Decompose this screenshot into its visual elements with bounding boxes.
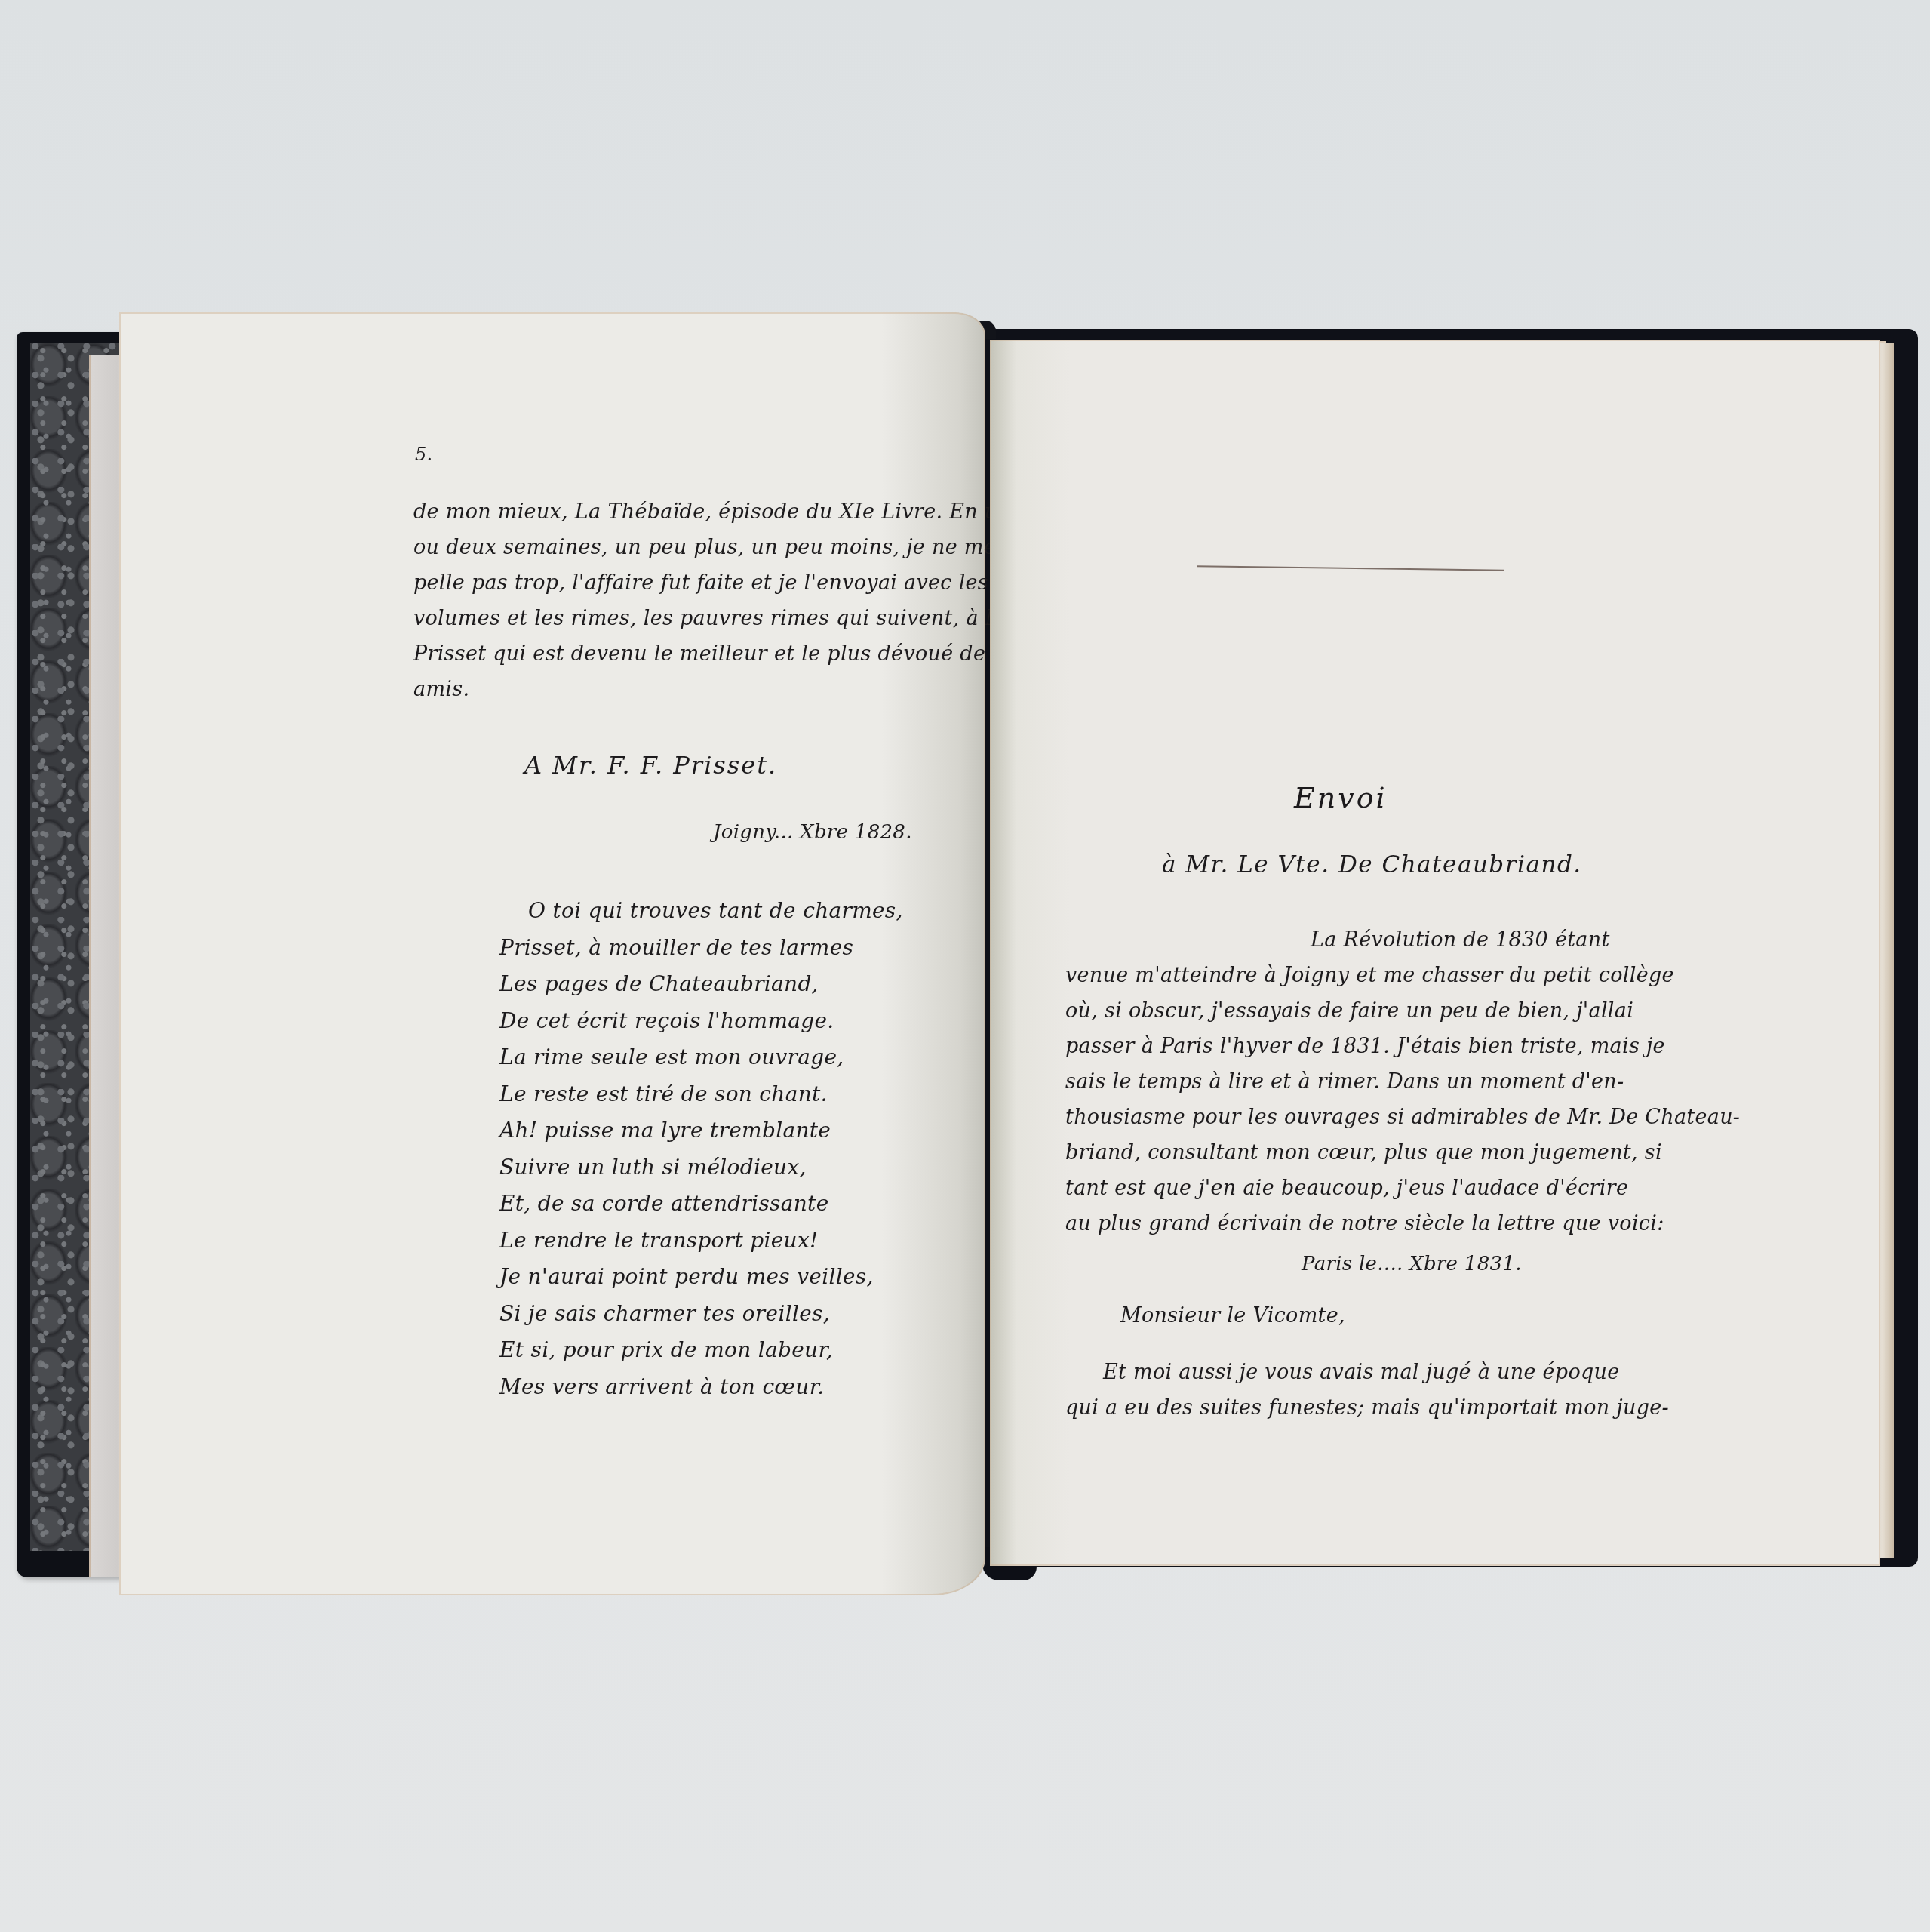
letter-line: Et moi aussi je vous avais mal jugé à un… bbox=[1065, 1355, 1669, 1390]
poem-dedication: A Mr. F. F. Prisset. bbox=[524, 751, 777, 780]
prose-line: passer à Paris l'hyver de 1831. J'étais … bbox=[1065, 1029, 1740, 1064]
poem-line: Suivre un luth si mélodieux, bbox=[499, 1149, 903, 1186]
poem-line: Et si, pour prix de mon labeur, bbox=[499, 1332, 903, 1369]
section-title: Envoi bbox=[1294, 781, 1388, 814]
poem-line: Ah! puisse ma lyre tremblante bbox=[499, 1112, 903, 1149]
letter-place-date: Paris le.... Xbre 1831. bbox=[1302, 1253, 1522, 1275]
poem-line: O toi qui trouves tant de charmes, bbox=[499, 893, 903, 930]
prose-line: pelle pas trop, l'affaire fut faite et j… bbox=[413, 565, 987, 601]
poem-line: Le rendre le transport pieux! bbox=[499, 1223, 903, 1260]
prose-line: au plus grand écrivain de notre siècle l… bbox=[1065, 1206, 1740, 1241]
letter-body: Et moi aussi je vous avais mal jugé à un… bbox=[1065, 1355, 1669, 1426]
poem: O toi qui trouves tant de charmes, Priss… bbox=[499, 893, 903, 1405]
letter-salutation: Monsieur le Vicomte, bbox=[1120, 1304, 1345, 1327]
prose-line: La Révolution de 1830 étant bbox=[1065, 922, 1740, 958]
prose-line: volumes et les rimes, les pauvres rimes … bbox=[413, 601, 987, 636]
prose-line: ou deux semaines, un peu plus, un peu mo… bbox=[413, 530, 987, 565]
prose-line: amis. bbox=[413, 672, 987, 707]
prose-line: où, si obscur, j'essayais de faire un pe… bbox=[1065, 993, 1740, 1029]
poem-line: Je n'aurai point perdu mes veilles, bbox=[499, 1259, 903, 1296]
poem-line: Les pages de Chateaubriand, bbox=[499, 966, 903, 1003]
section-subtitle: à Mr. Le Vte. De Chateaubriand. bbox=[1162, 851, 1582, 878]
poem-line: Mes vers arrivent à ton cœur. bbox=[499, 1369, 903, 1406]
poem-line: Si je sais charmer tes oreilles, bbox=[499, 1296, 903, 1333]
left-prose-block: de mon mieux, La Thébaïde, épisode du XI… bbox=[413, 494, 987, 707]
poem-line: De cet écrit reçois l'hommage. bbox=[499, 1003, 903, 1040]
prose-line: tant est que j'en aie beaucoup, j'eus l'… bbox=[1065, 1171, 1740, 1206]
prose-line: briand, consultant mon cœur, plus que mo… bbox=[1065, 1135, 1740, 1171]
poem-line: La rime seule est mon ouvrage, bbox=[499, 1039, 903, 1076]
prose-line: venue m'atteindre à Joigny et me chasser… bbox=[1065, 958, 1740, 993]
poem-line: Et, de sa corde attendrissante bbox=[499, 1186, 903, 1223]
prose-line: de mon mieux, La Thébaïde, épisode du XI… bbox=[413, 494, 987, 530]
prose-line: thousiasme pour les ouvrages si admirabl… bbox=[1065, 1100, 1740, 1135]
right-prose-block: La Révolution de 1830 étant venue m'atte… bbox=[1065, 922, 1740, 1241]
poem-line: Le reste est tiré de son chant. bbox=[499, 1076, 903, 1113]
page-number: 5. bbox=[415, 444, 433, 465]
prose-line: Prisset qui est devenu le meilleur et le… bbox=[413, 636, 987, 672]
poem-line: Prisset, à mouiller de tes larmes bbox=[499, 930, 903, 967]
prose-line: sais le temps à lire et à rimer. Dans un… bbox=[1065, 1064, 1740, 1100]
letter-line: qui a eu des suites funestes; mais qu'im… bbox=[1065, 1390, 1669, 1426]
poem-place-date: Joigny... Xbre 1828. bbox=[713, 821, 912, 844]
